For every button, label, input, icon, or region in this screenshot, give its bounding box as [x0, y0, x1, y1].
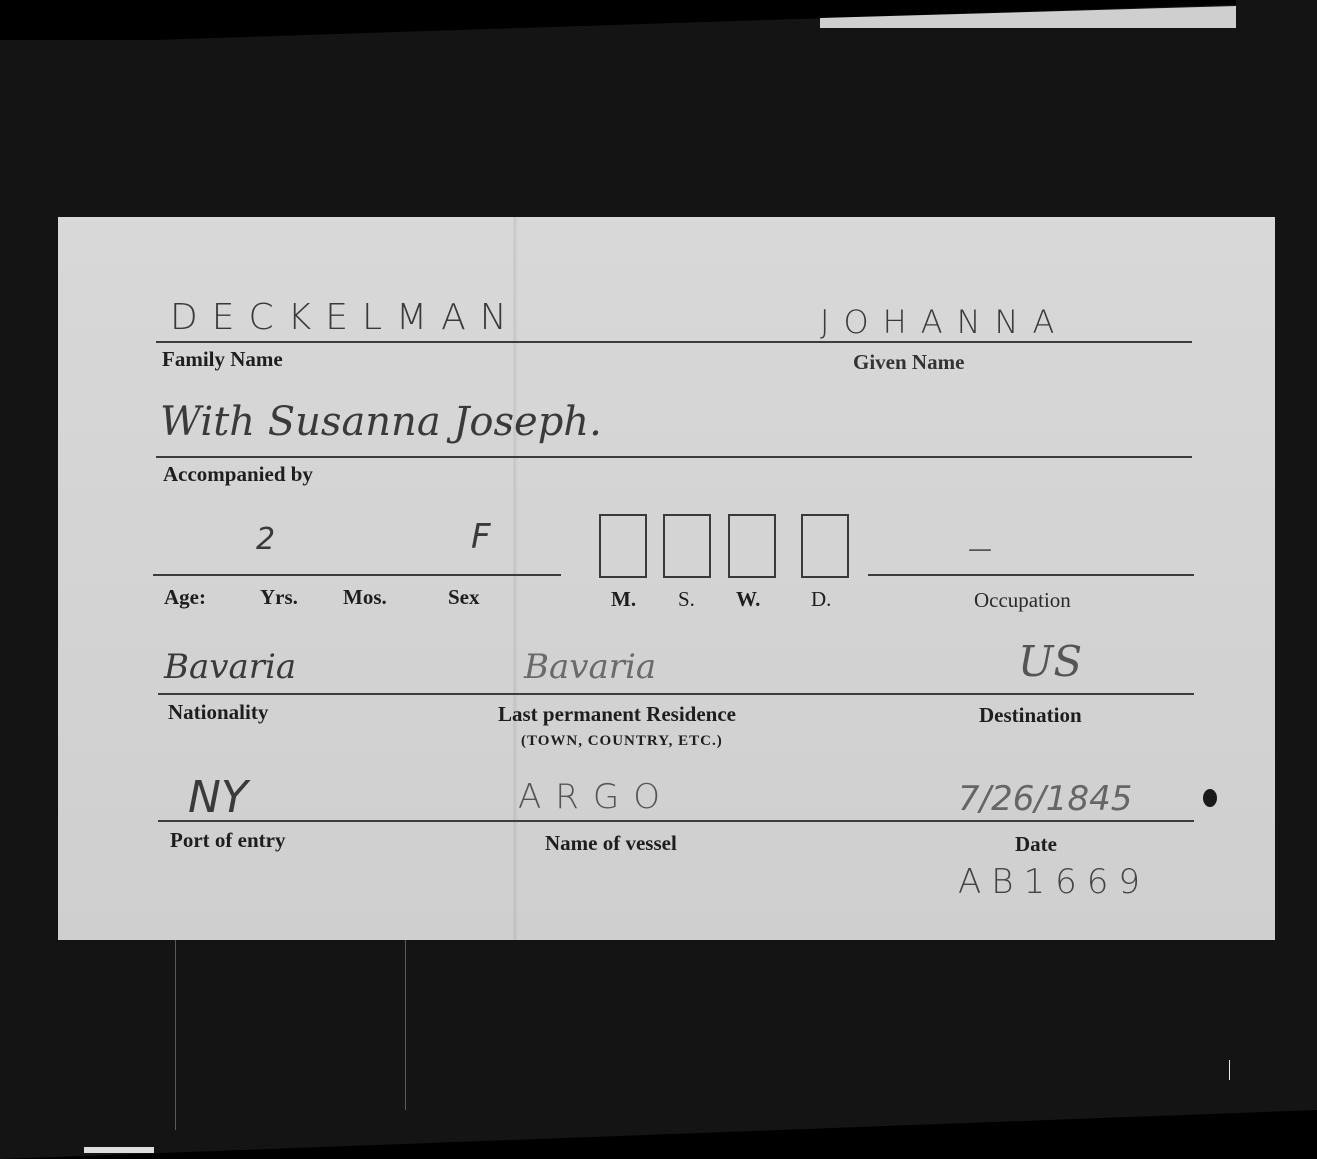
- name-rule: [156, 341, 1192, 343]
- accompanied-by-label: Accompanied by: [163, 462, 313, 487]
- date-value: 7/26/1845: [958, 779, 1132, 819]
- sex-value: F: [471, 517, 491, 557]
- occupation-rule: [868, 574, 1194, 576]
- age-years-value: 2: [256, 522, 275, 557]
- occupation-label: Occupation: [974, 588, 1071, 613]
- reference-code: AB1669: [958, 862, 1150, 902]
- marital-w-label: W.: [736, 587, 760, 612]
- last-residence-label: Last permanent Residence: [498, 702, 736, 727]
- age-years-label: Yrs.: [260, 585, 298, 610]
- last-residence-value: Bavaria: [524, 647, 656, 687]
- date-label: Date: [1015, 832, 1057, 857]
- age-label: Age:: [164, 585, 206, 610]
- film-speck: [1229, 1060, 1230, 1080]
- destination-label: Destination: [979, 703, 1082, 728]
- marital-status-box-d[interactable]: [801, 514, 849, 578]
- film-light-leak: [84, 1147, 154, 1153]
- marital-m-label: M.: [611, 587, 636, 612]
- nationality-rule: [158, 693, 1194, 695]
- destination-value: US: [1018, 637, 1082, 686]
- vessel-name-label: Name of vessel: [545, 831, 677, 856]
- family-name-label: Family Name: [162, 347, 283, 372]
- marital-status-box-s[interactable]: [663, 514, 711, 578]
- marital-d-label: D.: [811, 587, 831, 612]
- marital-status-box-m[interactable]: [599, 514, 647, 578]
- immigration-index-card: DECKELMAN JOHANNA Family Name Given Name…: [58, 217, 1275, 940]
- port-of-entry-value: NY: [188, 772, 248, 823]
- age-months-label: Mos.: [343, 585, 387, 610]
- film-scratch: [405, 940, 406, 1110]
- last-residence-sublabel: (TOWN, COUNTRY, ETC.): [521, 733, 723, 750]
- accompanied-rule: [156, 456, 1192, 458]
- film-scratch: [175, 940, 176, 1130]
- age-sex-rule: [153, 574, 561, 576]
- given-name-value: JOHANNA: [820, 303, 1068, 341]
- marital-s-label: S.: [678, 587, 695, 612]
- nationality-label: Nationality: [168, 700, 268, 725]
- film-margin: [1236, 0, 1317, 30]
- family-name-value: DECKELMAN: [170, 297, 521, 338]
- ink-blot: [1203, 789, 1217, 807]
- sex-label: Sex: [448, 585, 480, 610]
- film-bottom-edge: [0, 1110, 1317, 1159]
- occupation-value: —: [968, 535, 992, 563]
- port-rule: [158, 820, 1194, 822]
- nationality-value: Bavaria: [164, 647, 296, 687]
- accompanied-by-value: With Susanna Joseph.: [160, 399, 602, 445]
- given-name-label: Given Name: [853, 350, 964, 375]
- marital-status-box-w[interactable]: [728, 514, 776, 578]
- port-of-entry-label: Port of entry: [170, 828, 285, 853]
- vessel-name-value: ARGO: [518, 777, 674, 817]
